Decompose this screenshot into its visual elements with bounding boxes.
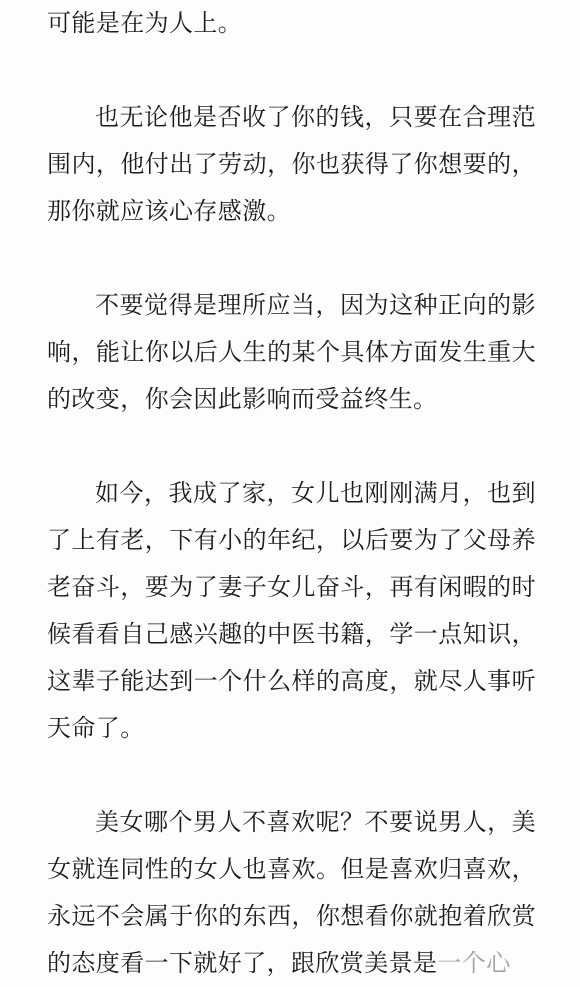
text-line: 女就连同性的女人也喜欢。但是喜欢归喜欢， (47, 846, 536, 893)
text-line: 如今，我成了家，女儿也刚刚满月，也到 (47, 470, 536, 517)
text-line: 响，能让你以后人生的某个具体方面发生重大 (47, 329, 536, 376)
text-line: 的态度看一下就好了，跟欣赏美景是一个心 (47, 940, 536, 987)
text-line-main: 的态度看一下就好了，跟欣赏美景是 (47, 950, 437, 977)
paragraph: 也无论他是否收了你的钱，只要在合理范 围内，他付出了劳动，你也获得了你想要的， … (47, 94, 536, 235)
text-line: 这辈子能达到一个什么样的高度，就尽人事听 (47, 658, 536, 705)
text-line: 不要觉得是理所应当，因为这种正向的影 (47, 282, 536, 329)
paragraph: 不要觉得是理所应当，因为这种正向的影 响，能让你以后人生的某个具体方面发生重大 … (47, 282, 536, 423)
reader-page: 可能是在为人上。 也无论他是否收了你的钱，只要在合理范 围内，他付出了劳动，你也… (0, 0, 580, 987)
text-line: 也无论他是否收了你的钱，只要在合理范 (47, 94, 536, 141)
text-line: 了上有老，下有小的年纪，以后要为了父母养 (47, 517, 536, 564)
paragraph: 美女哪个男人不喜欢呢？不要说男人，美 女就连同性的女人也喜欢。但是喜欢归喜欢， … (47, 799, 536, 987)
text-line: 候看看自己感兴趣的中医书籍，学一点知识， (47, 611, 536, 658)
text-line: 那你就应该心存感激。 (47, 188, 536, 235)
text-line: 天命了。 (47, 705, 536, 752)
text-line: 可能是在为人上。 (47, 0, 536, 47)
text-line: 美女哪个男人不喜欢呢？不要说男人，美 (47, 799, 536, 846)
paragraph: 可能是在为人上。 (47, 0, 536, 47)
text-line: 老奋斗，要为了妻子女儿奋斗，再有闲暇的时 (47, 564, 536, 611)
fading-text: 一个心 (437, 950, 510, 977)
paragraph: 如今，我成了家，女儿也刚刚满月，也到 了上有老，下有小的年纪，以后要为了父母养 … (47, 470, 536, 752)
text-line: 永远不会属于你的东西，你想看你就抱着欣赏 (47, 893, 536, 940)
text-line: 围内，他付出了劳动，你也获得了你想要的， (47, 141, 536, 188)
text-line: 的改变，你会因此影响而受益终生。 (47, 376, 536, 423)
